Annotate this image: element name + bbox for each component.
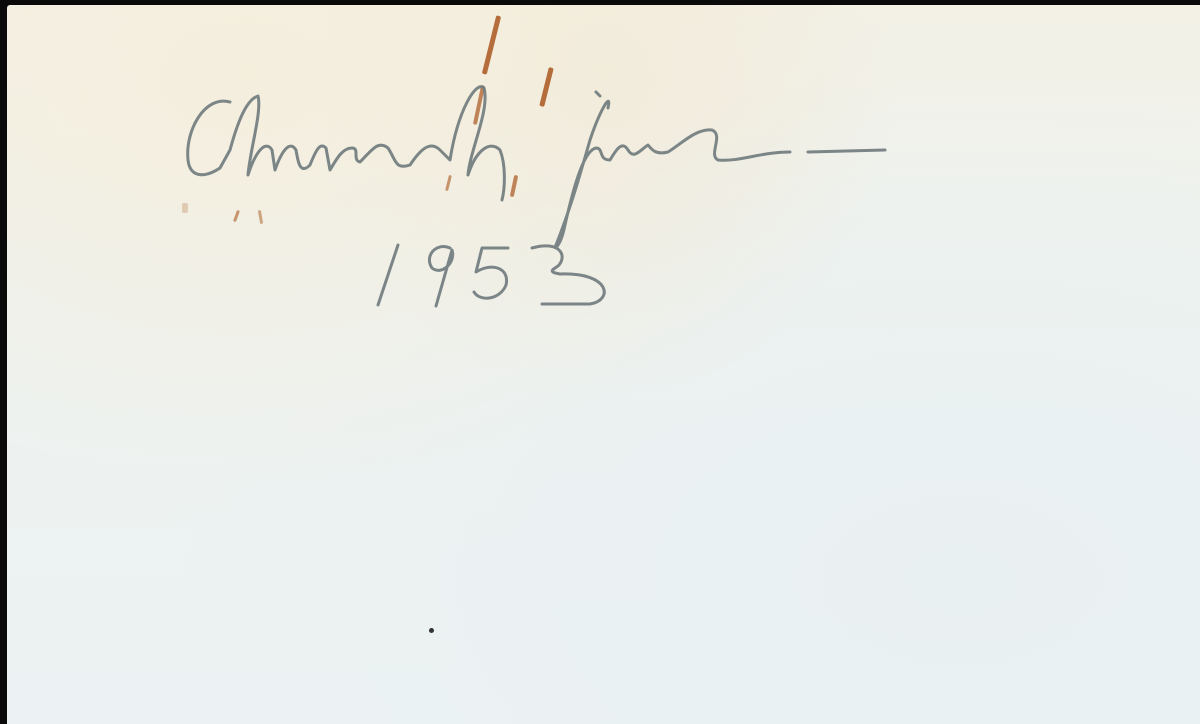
- ink-dot: [429, 628, 434, 633]
- handwritten-note: [0, 0, 1200, 724]
